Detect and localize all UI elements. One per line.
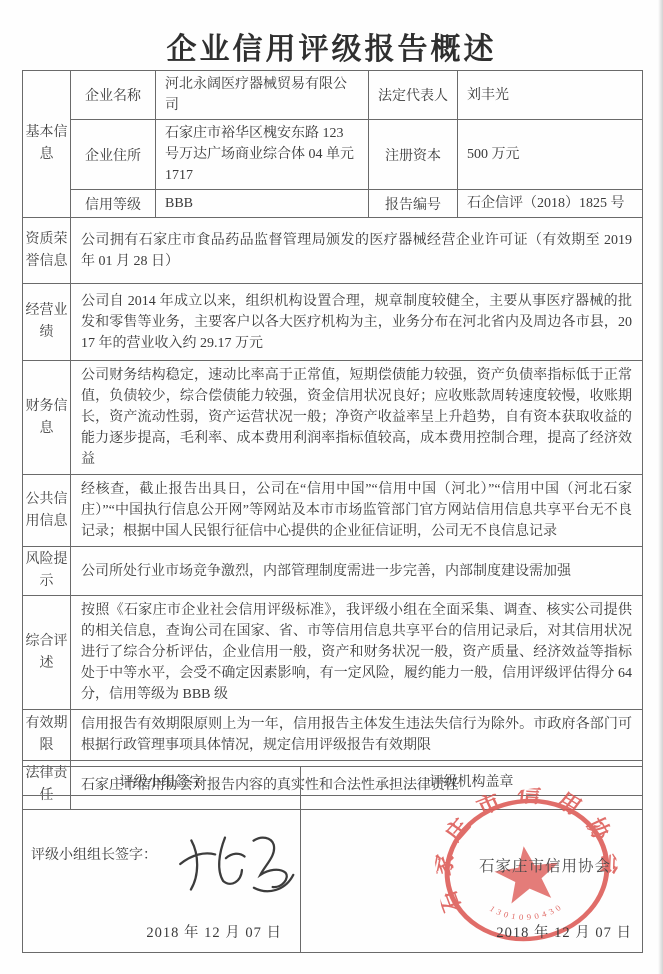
section-label-public-credit: 公共信用信息 (23, 475, 71, 547)
field-label-legal-representative: 法定代表人 (369, 71, 458, 120)
field-value-company-name: 河北永阔医疗器械贸易有限公司 (156, 71, 369, 120)
table-row: 经营业绩 公司自 2014 年成立以来，组织机构设置合理，规章制度较健全，主要从… (23, 284, 643, 361)
agency-name-text: 石家庄市信用协会 (479, 854, 611, 876)
field-value-report-number: 石企信评（2018）1825 号 (458, 190, 643, 218)
table-row: 企业住所 石家庄市裕华区槐安东路 123 号万达广场商业综合体 04 单元 17… (23, 120, 643, 190)
handwritten-signature (173, 824, 295, 906)
signature-date: 2018 年 12 月 07 日 (146, 921, 282, 942)
table-row: 基本信息 企业名称 河北永阔医疗器械贸易有限公司 法定代表人 刘丰光 (23, 71, 643, 120)
section-content-validity-period: 信用报告有效期限原则上为一年，信用报告主体发生违法失信行为除外。市政府各部门可根… (71, 710, 643, 761)
section-content-qualifications: 公司拥有石家庄市食品药品监督管理局颁发的医疗器械经营企业许可证（有效期至 201… (71, 218, 643, 284)
section-content-financial-info: 公司财务结构稳定，速动比率高于正常值，短期偿债能力较强，资产负债率指标低于正常值… (71, 361, 643, 475)
section-content-comprehensive-review: 按照《石家庄市企业社会信用评级标准》，我评级小组在全面采集、调查、核实公司提供的… (71, 596, 643, 710)
table-row: 信用等级 BBB 报告编号 石企信评（2018）1825 号 (23, 190, 643, 218)
seal-ring-text: 石家庄市信用协会 (427, 778, 628, 916)
section-content-business-performance: 公司自 2014 年成立以来，组织机构设置合理，规章制度较健全，主要从事医疗器械… (71, 284, 643, 361)
section-label-validity-period: 有效期限 (23, 710, 71, 761)
report-table: 基本信息 企业名称 河北永阔医疗器械贸易有限公司 法定代表人 刘丰光 企业住所 … (22, 70, 643, 810)
section-label-comprehensive-review: 综合评述 (23, 596, 71, 710)
table-row: 风险提示 公司所处行业市场竞争激烈，内部管理制度需进一步完善，内部制度建设需加强 (23, 547, 643, 596)
page-title: 企业信用评级报告概述 (0, 24, 663, 68)
field-value-credit-rating: BBB (156, 190, 369, 218)
section-label-business-performance: 经营业绩 (23, 284, 71, 361)
section-label-basic-info: 基本信息 (23, 71, 71, 218)
signature-body-row: 评级小组组长签字： 2018 年 12 月 07 日 (23, 796, 643, 953)
signature-cell: 评级小组组长签字： 2018 年 12 月 07 日 (23, 796, 301, 953)
field-value-legal-representative: 刘丰光 (458, 71, 643, 120)
section-label-financial-info: 财务信息 (23, 361, 71, 475)
field-label-company-address: 企业住所 (71, 120, 156, 190)
field-value-company-address: 石家庄市裕华区槐安东路 123 号万达广场商业综合体 04 单元 1717 (156, 120, 369, 190)
field-label-credit-rating: 信用等级 (71, 190, 156, 218)
section-content-risk-warning: 公司所处行业市场竞争激烈，内部管理制度需进一步完善，内部制度建设需加强 (71, 547, 643, 596)
field-label-report-number: 报告编号 (369, 190, 458, 218)
seal-cell: 石家庄市信用协会 1301090430 石家庄市信用协会 2018 年 12 月… (301, 796, 643, 953)
seal-date: 2018 年 12 月 07 日 (496, 921, 632, 942)
section-label-qualifications: 资质荣誉信息 (23, 218, 71, 284)
table-row: 综合评述 按照《石家庄市企业社会信用评级标准》，我评级小组在全面采集、调查、核实… (23, 596, 643, 710)
signature-table: 评级小组签字 评级机构盖章 评级小组组长签字： (22, 766, 643, 953)
field-label-registered-capital: 注册资本 (369, 120, 458, 190)
signature-team-header: 评级小组签字 (23, 767, 301, 796)
signer-label: 评级小组组长签字： (31, 844, 157, 864)
table-row: 资质荣誉信息 公司拥有石家庄市食品药品监督管理局颁发的医疗器械经营企业许可证（有… (23, 218, 643, 284)
section-label-risk-warning: 风险提示 (23, 547, 71, 596)
field-label-company-name: 企业名称 (71, 71, 156, 120)
field-value-registered-capital: 500 万元 (458, 120, 643, 190)
section-content-public-credit: 经核查，截止报告出具日，公司在“信用中国”“信用中国（河北）”“信用中国（河北石… (71, 475, 643, 547)
svg-text:石家庄市信用协会: 石家庄市信用协会 (427, 778, 628, 916)
table-row: 财务信息 公司财务结构稳定，速动比率高于正常值，短期偿债能力较强，资产负债率指标… (23, 361, 643, 475)
scan-edge-shadow (658, 0, 663, 974)
table-row: 公共信用信息 经核查，截止报告出具日，公司在“信用中国”“信用中国（河北）”“信… (23, 475, 643, 547)
credit-report-page: 企业信用评级报告概述 基本信息 企业名称 河北永阔医疗器械贸易有限公司 法定代表… (0, 0, 663, 974)
table-row: 有效期限 信用报告有效期限原则上为一年，信用报告主体发生违法失信行为除外。市政府… (23, 710, 643, 761)
